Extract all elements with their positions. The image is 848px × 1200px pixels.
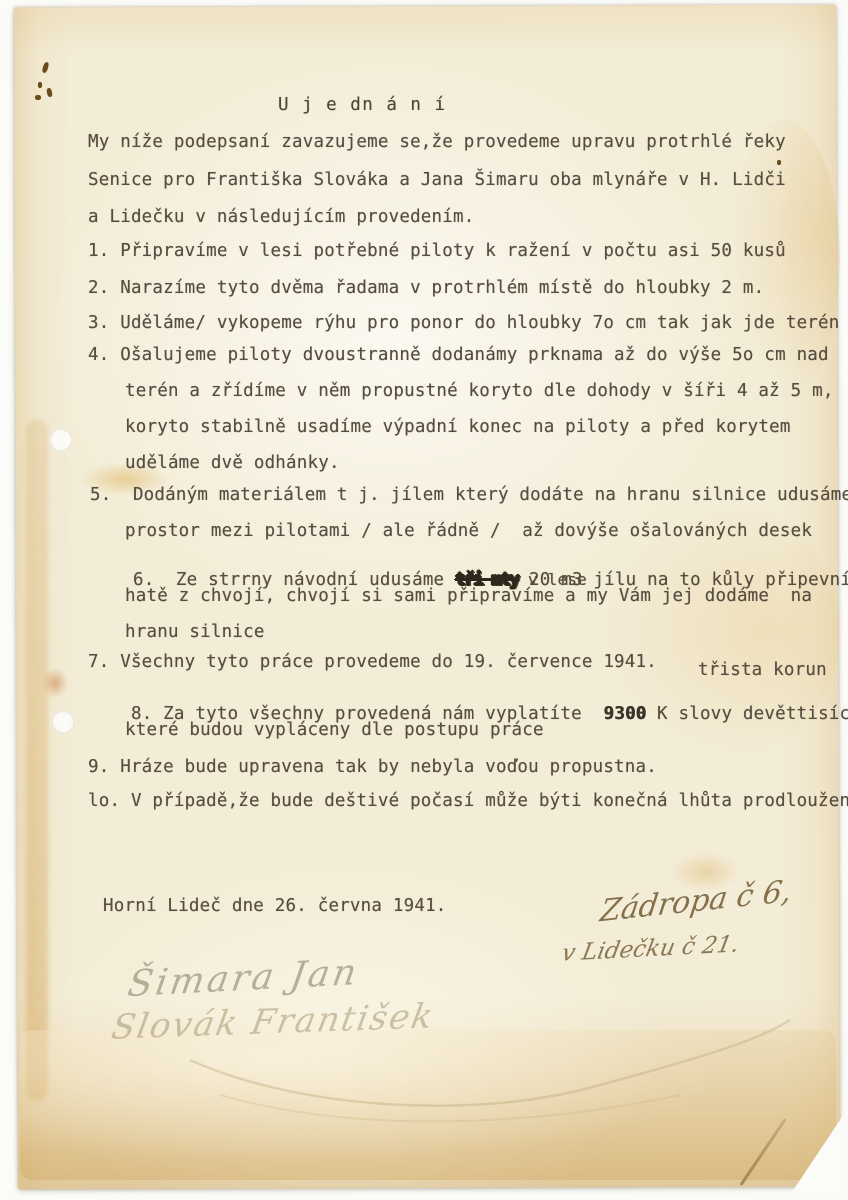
item-2: 2. Narazíme tyto dvěma řadama v protrhlé… <box>88 278 764 298</box>
item-7: 7. Všechny tyto práce provedeme do 19. č… <box>88 652 657 672</box>
ink-speck <box>777 160 781 165</box>
item-9: 9. Hráze bude upravena tak by nebyla voď… <box>88 757 657 777</box>
punch-hole-top <box>49 428 73 452</box>
item-4-line-3: koryto stabilně usadíme výpadní konec na… <box>125 417 791 437</box>
item-4-line-2: terén a zřídíme v něm propustné koryto d… <box>125 381 834 401</box>
ink-speck <box>35 95 41 100</box>
amount-9300: 9300 <box>603 704 646 724</box>
item-8-text-after-amount: K slovy devěttisíct <box>646 704 848 724</box>
item-4-line-4: uděláme dvě odhánky. <box>125 453 340 473</box>
scanned-document-page: U j e dn á n í My níže podepsaní zavazuj… <box>0 0 848 1200</box>
item-6-line-2: hatě z chvojí, chvojí si sami připravíme… <box>125 586 812 606</box>
document-title: U j e dn á n í <box>278 95 447 115</box>
item-5-line-2: prostor mezi pilotami / ale řádně / až d… <box>125 521 812 541</box>
item-4-line-1: 4. Ošalujeme piloty dvoustranně dodanámy… <box>88 345 829 365</box>
ink-speck <box>38 82 42 88</box>
annotation-trista-korun: třista korun <box>698 660 827 680</box>
intro-line-1: My níže podepsaní zavazujeme se,že prove… <box>88 132 786 152</box>
item-1: 1. Připravíme v lesi potřebné piloty k r… <box>88 241 786 261</box>
item-6-line-3: hranu silnice <box>125 622 265 642</box>
item-3: 3. Uděláme/ vykopeme rýhu pro ponor do h… <box>88 313 840 333</box>
item-5-line-1: 5. Dodáným materiálem t j. jílem který d… <box>90 485 848 505</box>
item-8-line-2: které budou vypláceny dle postupu práce <box>125 720 544 740</box>
punch-hole-bottom <box>51 710 75 734</box>
intro-line-2: Senice pro Františka Slováka a Jana Šima… <box>88 170 786 190</box>
dateline: Horní Lideč dne 26. června 1941. <box>103 896 447 916</box>
item-10: lo. V případě,že bude deštivé počasí můž… <box>88 791 848 811</box>
intro-line-3: a Lidečku v následujícím provedením. <box>88 207 475 227</box>
